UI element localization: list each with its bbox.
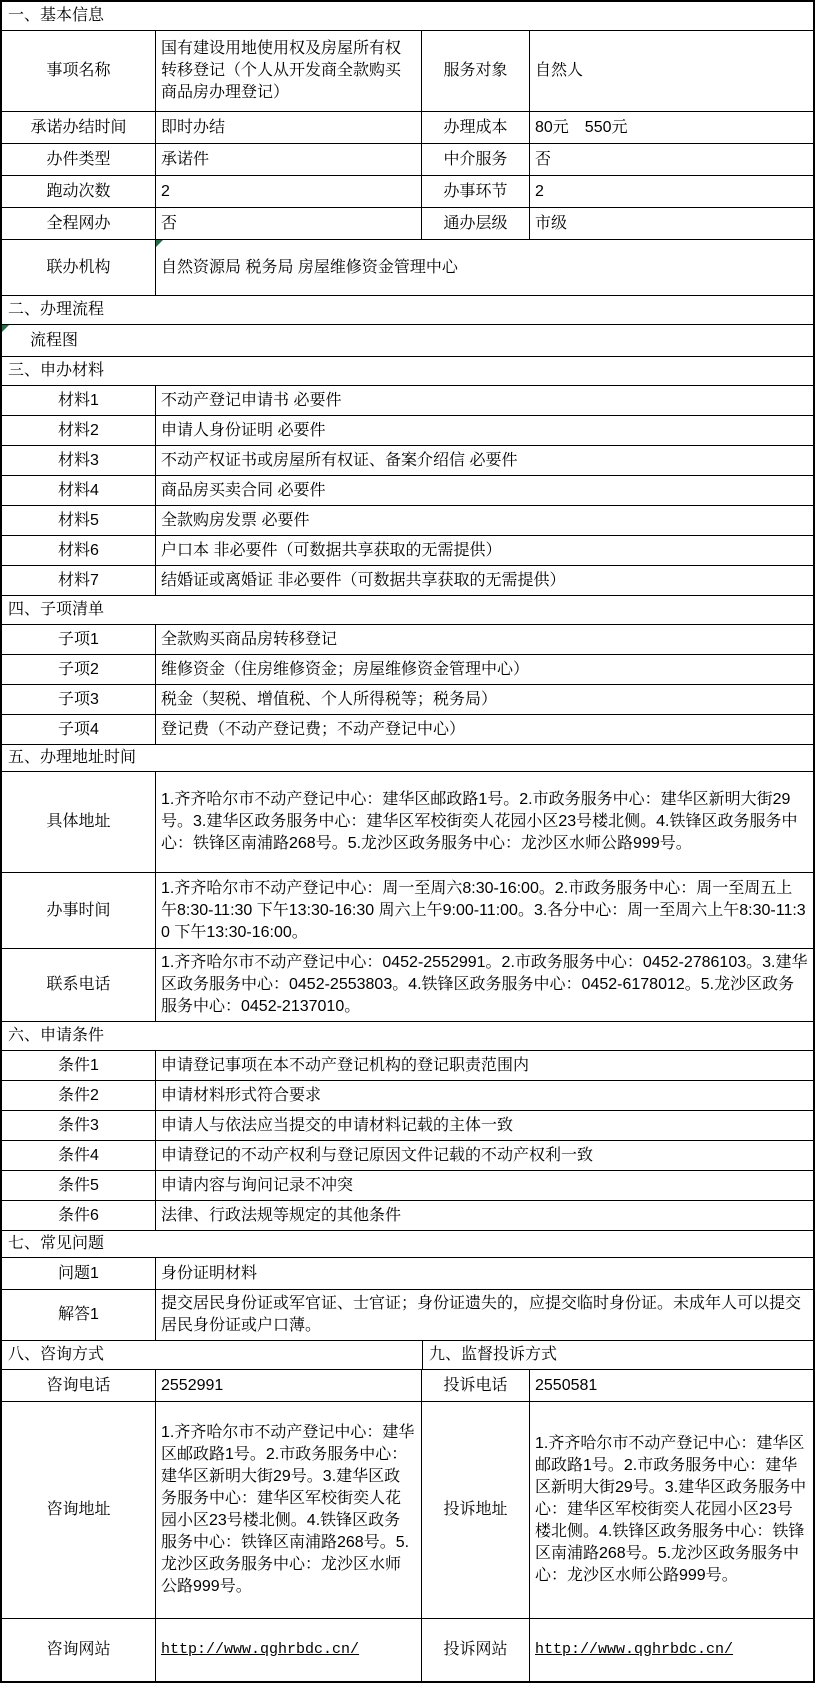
flowchart-cell: 流程图 bbox=[2, 325, 813, 356]
field-label: 条件1 bbox=[2, 1051, 155, 1080]
table-row: 条件1 申请登记事项在本不动产登记机构的登记职责范围内 bbox=[2, 1050, 813, 1080]
field-value: 全款购房发票 必要件 bbox=[155, 506, 813, 535]
consult-website-cell: http://www.qghrbdc.cn/ bbox=[155, 1619, 421, 1681]
table-row: 子项2 维修资金（住房维修资金；房屋维修资金管理中心） bbox=[2, 654, 813, 684]
field-label: 联系电话 bbox=[2, 949, 155, 1021]
table-row: 材料6 户口本 非必要件（可数据共享获取的无需提供） bbox=[2, 535, 813, 565]
field-label: 咨询地址 bbox=[2, 1402, 155, 1618]
field-value: 身份证明材料 bbox=[155, 1258, 813, 1289]
section-header-process: 二、办理流程 bbox=[2, 295, 813, 324]
complaint-website-link[interactable]: http://www.qghrbdc.cn/ bbox=[535, 1639, 733, 1661]
field-value: 登记费（不动产登记费；不动产登记中心） bbox=[155, 715, 813, 744]
section-title: 七、常见问题 bbox=[2, 1231, 813, 1257]
field-label: 子项2 bbox=[2, 655, 155, 684]
field-label: 通办层级 bbox=[421, 208, 529, 239]
table-row: 全程网办 否 通办层级 市级 bbox=[2, 207, 813, 239]
section-title: 一、基本信息 bbox=[2, 2, 813, 30]
table-row: 条件5 申请内容与询问记录不冲突 bbox=[2, 1170, 813, 1200]
field-value: 不动产登记申请书 必要件 bbox=[155, 386, 813, 415]
field-label: 问题1 bbox=[2, 1258, 155, 1289]
table-row: 条件4 申请登记的不动产权利与登记原因文件记载的不动产权利一致 bbox=[2, 1140, 813, 1170]
section-title: 九、监督投诉方式 bbox=[423, 1341, 813, 1369]
table-row: 材料2 申请人身份证明 必要件 bbox=[2, 415, 813, 445]
section-header-conditions: 六、申请条件 bbox=[2, 1021, 813, 1050]
consult-address-value: 1.齐齐哈尔市不动产登记中心：建华区邮政路1号。2.市政务服务中心：建华区新明大… bbox=[155, 1402, 421, 1618]
field-value: 全款购买商品房转移登记 bbox=[155, 625, 813, 654]
table-row: 条件2 申请材料形式符合要求 bbox=[2, 1080, 813, 1110]
field-value: 市级 bbox=[529, 208, 813, 239]
field-label: 咨询电话 bbox=[2, 1370, 155, 1401]
field-label: 全程网办 bbox=[2, 208, 155, 239]
field-label: 条件6 bbox=[2, 1201, 155, 1230]
table-row: 承诺办结时间 即时办结 办理成本 80元 550元 bbox=[2, 111, 813, 143]
section-title: 三、申办材料 bbox=[2, 357, 813, 385]
table-row: 子项3 税金（契税、增值税、个人所得税等；税务局） bbox=[2, 684, 813, 714]
field-value: 2 bbox=[529, 176, 813, 207]
field-value: 自然人 bbox=[529, 31, 813, 111]
field-value: 否 bbox=[155, 208, 421, 239]
field-label: 条件2 bbox=[2, 1081, 155, 1110]
section-header-subitems: 四、子项清单 bbox=[2, 595, 813, 624]
service-info-table: 一、基本信息 事项名称 国有建设用地使用权及房屋所有权转移登记（个人从开发商全款… bbox=[0, 0, 815, 1683]
table-row: 材料3 不动产权证书或房屋所有权证、备案介绍信 必要件 bbox=[2, 445, 813, 475]
flowchart-row: 流程图 bbox=[2, 324, 813, 356]
table-row: 子项4 登记费（不动产登记费；不动产登记中心） bbox=[2, 714, 813, 744]
field-value: 申请人身份证明 必要件 bbox=[155, 416, 813, 445]
table-row: 咨询网站 http://www.qghrbdc.cn/ 投诉网站 http://… bbox=[2, 1618, 813, 1681]
field-label: 事项名称 bbox=[2, 31, 155, 111]
section-header-consult-complaint: 八、咨询方式 九、监督投诉方式 bbox=[2, 1340, 813, 1369]
field-value: 法律、行政法规等规定的其他条件 bbox=[155, 1201, 813, 1230]
field-value: 1.齐齐哈尔市不动产登记中心：建华区邮政路1号。2.市政务服务中心：建华区新明大… bbox=[155, 772, 813, 872]
field-value: 1.齐齐哈尔市不动产登记中心：周一至周六8:30-16:00。2.市政务服务中心… bbox=[155, 873, 813, 948]
field-value: 申请人与依法应当提交的申请材料记载的主体一致 bbox=[155, 1111, 813, 1140]
field-value: 结婚证或离婚证 非必要件（可数据共享获取的无需提供） bbox=[155, 566, 813, 595]
field-label: 子项3 bbox=[2, 685, 155, 714]
field-label: 办事时间 bbox=[2, 873, 155, 948]
field-value: 否 bbox=[529, 144, 813, 175]
field-value: 自然资源局 税务局 房屋维修资金管理中心 bbox=[155, 240, 813, 295]
table-row: 材料1 不动产登记申请书 必要件 bbox=[2, 385, 813, 415]
complaint-website-cell: http://www.qghrbdc.cn/ bbox=[529, 1619, 813, 1681]
complaint-phone-value: 2550581 bbox=[529, 1370, 813, 1401]
section-title: 二、办理流程 bbox=[2, 296, 813, 324]
field-label: 条件3 bbox=[2, 1111, 155, 1140]
consult-phone-value: 2552991 bbox=[155, 1370, 421, 1401]
field-label: 材料3 bbox=[2, 446, 155, 475]
field-label: 中介服务 bbox=[421, 144, 529, 175]
field-value: 申请登记事项在本不动产登记机构的登记职责范围内 bbox=[155, 1051, 813, 1080]
table-row: 材料5 全款购房发票 必要件 bbox=[2, 505, 813, 535]
field-value: 不动产权证书或房屋所有权证、备案介绍信 必要件 bbox=[155, 446, 813, 475]
table-row: 办事时间 1.齐齐哈尔市不动产登记中心：周一至周六8:30-16:00。2.市政… bbox=[2, 872, 813, 948]
table-row: 问题1 身份证明材料 bbox=[2, 1257, 813, 1289]
section-title: 六、申请条件 bbox=[2, 1022, 813, 1050]
field-label: 具体地址 bbox=[2, 772, 155, 872]
field-label: 办件类型 bbox=[2, 144, 155, 175]
field-label: 跑动次数 bbox=[2, 176, 155, 207]
field-label: 子项4 bbox=[2, 715, 155, 744]
field-value: 申请材料形式符合要求 bbox=[155, 1081, 813, 1110]
field-value: 户口本 非必要件（可数据共享获取的无需提供） bbox=[155, 536, 813, 565]
field-value: 即时办结 bbox=[155, 112, 421, 143]
complaint-header: 九、监督投诉方式 bbox=[422, 1341, 813, 1369]
section-header-basic-info: 一、基本信息 bbox=[2, 2, 813, 30]
table-row: 跑动次数 2 办事环节 2 bbox=[2, 175, 813, 207]
section-title: 五、办理地址时间 bbox=[2, 745, 813, 771]
flowchart-label: 流程图 bbox=[30, 330, 78, 352]
comment-marker-icon bbox=[2, 325, 9, 332]
field-label: 材料6 bbox=[2, 536, 155, 565]
table-row: 联办机构 自然资源局 税务局 房屋维修资金管理中心 bbox=[2, 239, 813, 295]
field-value: 申请登记的不动产权利与登记原因文件记载的不动产权利一致 bbox=[155, 1141, 813, 1170]
field-label: 条件4 bbox=[2, 1141, 155, 1170]
table-row: 材料4 商品房买卖合同 必要件 bbox=[2, 475, 813, 505]
table-row: 具体地址 1.齐齐哈尔市不动产登记中心：建华区邮政路1号。2.市政务服务中心：建… bbox=[2, 771, 813, 872]
comment-marker-icon bbox=[156, 240, 163, 247]
field-label: 解答1 bbox=[2, 1290, 155, 1340]
field-value: 申请内容与询问记录不冲突 bbox=[155, 1171, 813, 1200]
field-label: 投诉电话 bbox=[421, 1370, 529, 1401]
field-value: 维修资金（住房维修资金；房屋维修资金管理中心） bbox=[155, 655, 813, 684]
field-value: 税金（契税、增值税、个人所得税等；税务局） bbox=[155, 685, 813, 714]
field-label: 材料4 bbox=[2, 476, 155, 505]
field-label: 材料2 bbox=[2, 416, 155, 445]
field-label: 办理成本 bbox=[421, 112, 529, 143]
field-label: 投诉地址 bbox=[421, 1402, 529, 1618]
field-value: 商品房买卖合同 必要件 bbox=[155, 476, 813, 505]
field-value: 1.齐齐哈尔市不动产登记中心：0452-2552991。2.市政务服务中心：04… bbox=[155, 949, 813, 1021]
table-row: 咨询地址 1.齐齐哈尔市不动产登记中心：建华区邮政路1号。2.市政务服务中心：建… bbox=[2, 1401, 813, 1618]
field-value: 国有建设用地使用权及房屋所有权转移登记（个人从开发商全款购买商品房办理登记） bbox=[155, 31, 421, 111]
agency-value-text: 自然资源局 税务局 房屋维修资金管理中心 bbox=[161, 257, 458, 279]
consult-header: 八、咨询方式 bbox=[2, 1341, 422, 1369]
field-label: 咨询网站 bbox=[2, 1619, 155, 1681]
table-row: 咨询电话 2552991 投诉电话 2550581 bbox=[2, 1369, 813, 1401]
field-label: 材料7 bbox=[2, 566, 155, 595]
table-row: 子项1 全款购买商品房转移登记 bbox=[2, 624, 813, 654]
field-value: 承诺件 bbox=[155, 144, 421, 175]
section-header-faq: 七、常见问题 bbox=[2, 1230, 813, 1257]
field-value: 80元 550元 bbox=[529, 112, 813, 143]
section-header-address-time: 五、办理地址时间 bbox=[2, 744, 813, 771]
field-label: 联办机构 bbox=[2, 240, 155, 295]
table-row: 条件3 申请人与依法应当提交的申请材料记载的主体一致 bbox=[2, 1110, 813, 1140]
table-row: 联系电话 1.齐齐哈尔市不动产登记中心：0452-2552991。2.市政务服务… bbox=[2, 948, 813, 1021]
field-value: 2 bbox=[155, 176, 421, 207]
field-value: 提交居民身份证或军官证、士官证；身份证遗失的，应提交临时身份证。未成年人可以提交… bbox=[155, 1290, 813, 1340]
field-label: 材料1 bbox=[2, 386, 155, 415]
table-row: 材料7 结婚证或离婚证 非必要件（可数据共享获取的无需提供） bbox=[2, 565, 813, 595]
table-row: 条件6 法律、行政法规等规定的其他条件 bbox=[2, 1200, 813, 1230]
section-header-materials: 三、申办材料 bbox=[2, 356, 813, 385]
table-row: 解答1 提交居民身份证或军官证、士官证；身份证遗失的，应提交临时身份证。未成年人… bbox=[2, 1289, 813, 1340]
field-label: 投诉网站 bbox=[421, 1619, 529, 1681]
field-label: 条件5 bbox=[2, 1171, 155, 1200]
field-label: 材料5 bbox=[2, 506, 155, 535]
consult-website-link[interactable]: http://www.qghrbdc.cn/ bbox=[161, 1639, 359, 1661]
field-label: 服务对象 bbox=[421, 31, 529, 111]
section-title: 八、咨询方式 bbox=[2, 1341, 422, 1369]
table-row: 事项名称 国有建设用地使用权及房屋所有权转移登记（个人从开发商全款购买商品房办理… bbox=[2, 30, 813, 111]
field-label: 办事环节 bbox=[421, 176, 529, 207]
field-label: 子项1 bbox=[2, 625, 155, 654]
field-label: 承诺办结时间 bbox=[2, 112, 155, 143]
section-title: 四、子项清单 bbox=[2, 596, 813, 624]
table-row: 办件类型 承诺件 中介服务 否 bbox=[2, 143, 813, 175]
complaint-address-value: 1.齐齐哈尔市不动产登记中心：建华区邮政路1号。2.市政务服务中心：建华区新明大… bbox=[529, 1402, 813, 1618]
